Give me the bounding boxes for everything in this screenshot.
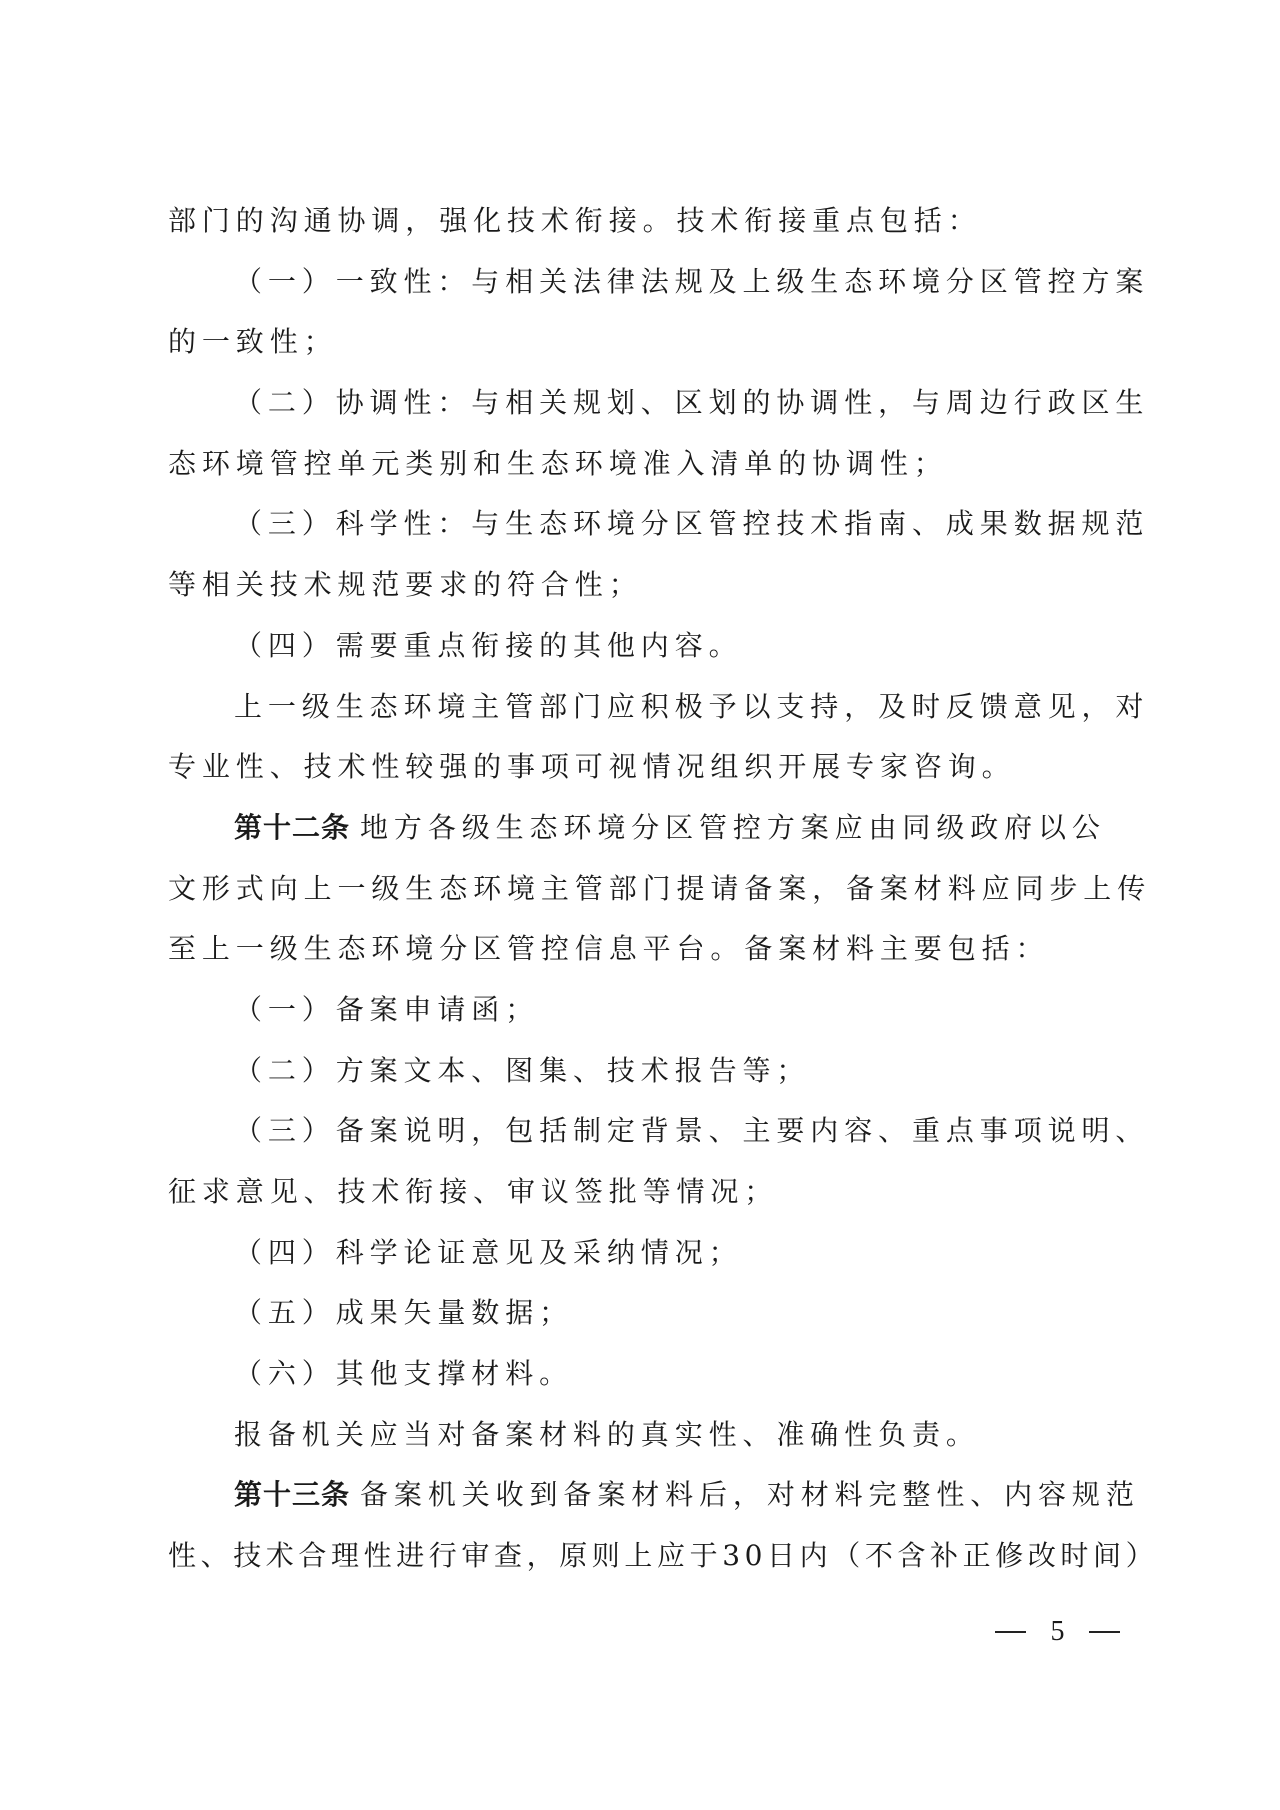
dash-left (995, 1631, 1026, 1633)
line-text: （三）备案说明，包括制定背景、主要内容、重点事项说明、 (234, 1114, 1149, 1147)
line-text: （一）备案申请函； (234, 993, 539, 1026)
text-line: 的一致性； (168, 312, 1120, 373)
text-line: 性、技术合理性进行审查，原则上应于30日内（不含补正修改时间） (168, 1526, 1120, 1587)
line-text: 征求意见、技术衔接、审议签批等情况； (168, 1175, 778, 1208)
list-item-supporting-materials: （六）其他支撑材料。 (168, 1344, 1120, 1405)
list-item-consistency: （一）一致性：与相关法律法规及上级生态环境分区管控方案 (168, 252, 1120, 313)
text-line: 态环境管控单元类别和生态环境准入清单的协调性； (168, 434, 1120, 495)
list-item-plan-text: （二）方案文本、图集、技术报告等； (168, 1041, 1120, 1102)
text-line: 等相关技术规范要求的符合性； (168, 555, 1120, 616)
line-text: （三）科学性：与生态环境分区管控技术指南、成果数据规范 (234, 507, 1149, 540)
list-item-filing-notes: （三）备案说明，包括制定背景、主要内容、重点事项说明、 (168, 1101, 1120, 1162)
list-item-filing-letter: （一）备案申请函； (168, 980, 1120, 1041)
article-12: 第十二条地方各级生态环境分区管控方案应由同级政府以公 (168, 798, 1120, 859)
line-text: （四）科学论证意见及采纳情况； (234, 1236, 743, 1269)
line-text: （六）其他支撑材料。 (234, 1357, 573, 1390)
page-number: 5 (995, 1612, 1120, 1652)
dash-right (1089, 1631, 1120, 1633)
line-text: 地方各级生态环境分区管控方案应由同级政府以公 (360, 811, 1106, 844)
paragraph-responsibility: 报备机关应当对备案材料的真实性、准确性负责。 (168, 1405, 1120, 1466)
text-line: 专业性、技术性较强的事项可视情况组织开展专家咨询。 (168, 737, 1120, 798)
list-item-other-content: （四）需要重点衔接的其他内容。 (168, 616, 1120, 677)
text-line: 文形式向上一级生态环境主管部门提请备案，备案材料应同步上传 (168, 859, 1120, 920)
line-text: 备案机关收到备案材料后，对材料完整性、内容规范 (360, 1478, 1140, 1511)
list-item-scientific: （三）科学性：与生态环境分区管控技术指南、成果数据规范 (168, 494, 1120, 555)
line-text: （五）成果矢量数据； (234, 1296, 573, 1329)
line-text: （一）一致性：与相关法律法规及上级生态环境分区管控方案 (234, 265, 1149, 298)
text-line: 征求意见、技术衔接、审议签批等情况； (168, 1162, 1120, 1223)
page-number-value: 5 (1051, 1616, 1065, 1648)
line-text: 性、技术合理性进行审查，原则上应于30日内（不含补正修改时间） (168, 1539, 1158, 1572)
article-13: 第十三条备案机关收到备案材料后，对材料完整性、内容规范 (168, 1465, 1120, 1526)
article-heading: 第十三条 (234, 1478, 350, 1511)
body-text: 部门的沟通协调，强化技术衔接。技术衔接重点包括： （一）一致性：与相关法律法规及… (168, 191, 1120, 1587)
line-text: 态环境管控单元类别和生态环境准入清单的协调性； (168, 447, 948, 480)
paragraph-support: 上一级生态环境主管部门应积极予以支持，及时反馈意见，对 (168, 677, 1120, 738)
document-page: 部门的沟通协调，强化技术衔接。技术衔接重点包括： （一）一致性：与相关法律法规及… (0, 0, 1280, 1810)
line-text: （二）方案文本、图集、技术报告等； (234, 1054, 810, 1087)
line-text: 至上一级生态环境分区管控信息平台。备案材料主要包括： (168, 932, 1049, 965)
line-text: 报备机关应当对备案材料的真实性、准确性负责。 (234, 1418, 980, 1451)
line-text: 文形式向上一级生态环境主管部门提请备案，备案材料应同步上传 (168, 872, 1151, 905)
text-line: 部门的沟通协调，强化技术衔接。技术衔接重点包括： (168, 191, 1120, 252)
list-item-coordination: （二）协调性：与相关规划、区划的协调性，与周边行政区生 (168, 373, 1120, 434)
line-text: （二）协调性：与相关规划、区划的协调性，与周边行政区生 (234, 386, 1149, 419)
list-item-scientific-opinion: （四）科学论证意见及采纳情况； (168, 1223, 1120, 1284)
line-text: 专业性、技术性较强的事项可视情况组织开展专家咨询。 (168, 750, 1016, 783)
line-text: 部门的沟通协调，强化技术衔接。技术衔接重点包括： (168, 204, 982, 237)
line-text: （四）需要重点衔接的其他内容。 (234, 629, 743, 662)
line-text: 等相关技术规范要求的符合性； (168, 568, 643, 601)
list-item-vector-data: （五）成果矢量数据； (168, 1283, 1120, 1344)
line-text: 的一致性； (168, 325, 338, 358)
article-heading: 第十二条 (234, 811, 350, 844)
line-text: 上一级生态环境主管部门应积极予以支持，及时反馈意见，对 (234, 690, 1149, 723)
text-line: 至上一级生态环境分区管控信息平台。备案材料主要包括： (168, 919, 1120, 980)
